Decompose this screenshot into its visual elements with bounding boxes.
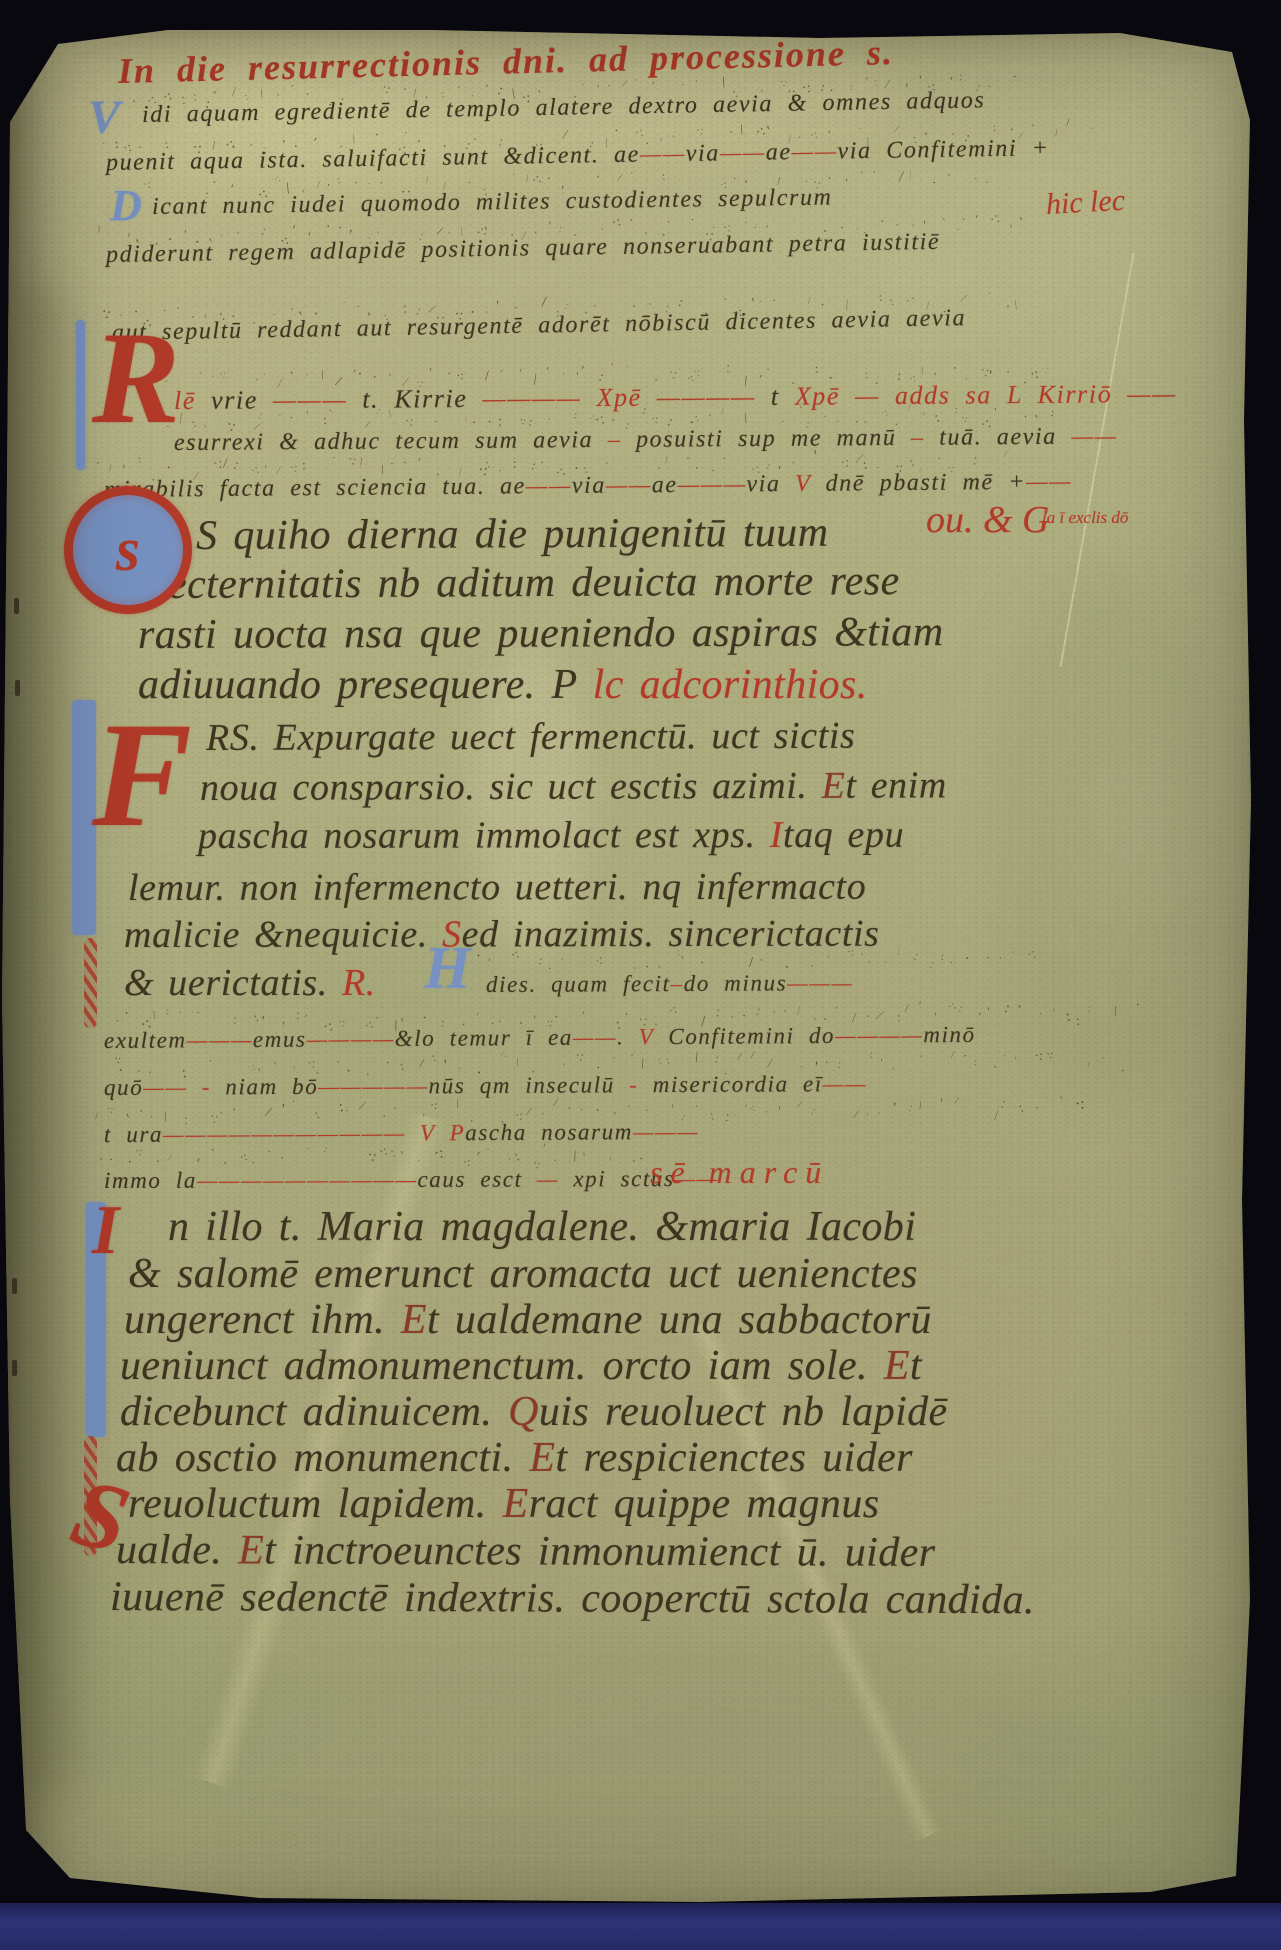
neume-mark: . bbox=[377, 1105, 388, 1121]
text-line: esurrexi & adhuc tecum sum aevia – posui… bbox=[174, 423, 1117, 457]
neume-mark: . bbox=[741, 1004, 747, 1020]
neume-mark: / bbox=[737, 122, 747, 138]
neume-mark: / bbox=[951, 1050, 955, 1062]
neume-mark: · bbox=[1090, 124, 1094, 135]
neume-mark: ' bbox=[649, 79, 655, 94]
neume-mark: / bbox=[796, 1098, 803, 1110]
neume-mark: / bbox=[166, 1152, 172, 1163]
neume-mark: · bbox=[1046, 363, 1050, 375]
neume-mark: / bbox=[741, 411, 751, 426]
neume-mark: · bbox=[1010, 69, 1019, 85]
neume-mark: : bbox=[430, 1050, 439, 1065]
text-segment: emus bbox=[253, 1027, 307, 1052]
text-line: ualde. Et inctroeunctes inmonumienct ū. … bbox=[116, 1526, 936, 1577]
neume-mark: · bbox=[957, 211, 969, 228]
manuscript-photo: In die resurrectionis dni. ad procession… bbox=[0, 0, 1281, 1950]
neume-mark: : bbox=[941, 951, 945, 963]
neume-mark: . bbox=[623, 1004, 631, 1019]
neume-mark: ·: bbox=[1044, 1047, 1054, 1061]
neume-mark: ' bbox=[272, 1059, 280, 1074]
neume-mark: ' bbox=[581, 1009, 584, 1022]
neume-mark: : bbox=[993, 122, 997, 134]
text-line: ueniunct admonumenctum. orcto iam sole. … bbox=[120, 1342, 922, 1390]
neume-mark: ·: bbox=[212, 455, 222, 473]
text-segment: reuoluctum lapidem. bbox=[128, 1481, 503, 1527]
neume-mark: · bbox=[744, 1098, 750, 1113]
neume-mark: ' bbox=[580, 363, 584, 380]
neume-mark: ' bbox=[892, 1100, 896, 1117]
neume-mark: / bbox=[524, 173, 529, 184]
text-line: t ura——————————— V Pascha nosarum——— bbox=[104, 1119, 699, 1148]
neume-mark: · bbox=[415, 1156, 421, 1168]
neume-mark: : bbox=[165, 1006, 170, 1017]
neume-mark: ' bbox=[940, 1096, 943, 1113]
text-segment: ———— bbox=[482, 383, 596, 413]
neume-mark: · bbox=[610, 1051, 617, 1066]
neume-mark: ' bbox=[302, 1013, 308, 1024]
neume-mark: · bbox=[208, 1056, 213, 1067]
text-segment: ecternitatis nb aditum deuicta morte res… bbox=[168, 558, 900, 608]
neume-mark: · bbox=[553, 1009, 560, 1025]
neume-mark: · bbox=[511, 169, 517, 181]
neume-mark: : bbox=[260, 223, 269, 239]
neume-mark: ·: bbox=[665, 1002, 679, 1019]
text-segment: t respicienctes uider bbox=[555, 1435, 912, 1481]
neume-mark: · bbox=[368, 179, 371, 190]
neume-mark: ·: bbox=[106, 1104, 114, 1116]
text-segment: —— bbox=[720, 140, 766, 167]
neume-mark: . bbox=[752, 219, 760, 231]
neume-mark: · bbox=[276, 1150, 287, 1168]
initial-D-dicant: D bbox=[110, 184, 142, 228]
neume-mark: : bbox=[512, 1148, 523, 1165]
neume-mark: / bbox=[485, 368, 489, 385]
neume-mark: / bbox=[95, 1110, 100, 1123]
neume-mark: · bbox=[354, 302, 361, 313]
neume-mark: · bbox=[431, 415, 441, 428]
text-segment: exultem bbox=[104, 1027, 187, 1053]
neume-mark: : bbox=[814, 361, 820, 376]
text-segment: E bbox=[238, 1527, 264, 1573]
neume-mark: / bbox=[263, 1104, 274, 1122]
text-line: ungerenct ihm. Et ualdemane una sabbacto… bbox=[124, 1296, 932, 1344]
neume-mark: · bbox=[212, 175, 218, 192]
neume-mark: . bbox=[805, 173, 808, 185]
neume-mark: ' bbox=[844, 177, 848, 189]
text-segment: ————— bbox=[318, 1073, 428, 1099]
text-segment: posuisti sup me manū bbox=[636, 425, 897, 453]
text-line: malicie &nequicie. Sed inazimis. sinceri… bbox=[124, 912, 880, 957]
text-segment: Xpē — bbox=[795, 381, 895, 411]
neume-mark: ' bbox=[488, 955, 492, 970]
text-segment: malicie &nequicie. bbox=[124, 913, 442, 956]
text-segment: caus esct bbox=[417, 1167, 522, 1192]
neume-mark: · bbox=[625, 362, 629, 373]
neume-mark: · bbox=[630, 168, 634, 179]
neume-mark: : bbox=[676, 295, 684, 310]
neume-mark: · bbox=[835, 1003, 839, 1015]
neume-mark: ' bbox=[1013, 1002, 1023, 1017]
initial-ring-ornament: s bbox=[116, 519, 140, 581]
neume-mark: : bbox=[483, 457, 491, 472]
text-segment: I bbox=[770, 814, 783, 856]
neume-mark: · bbox=[972, 173, 978, 186]
neume-mark: : bbox=[251, 1010, 262, 1026]
neume-mark: · bbox=[231, 1102, 237, 1118]
initial-F-fratres: F bbox=[92, 700, 192, 850]
neume-mark: / bbox=[750, 1049, 755, 1061]
neume-mark: : bbox=[664, 1055, 671, 1067]
neume-mark: ' bbox=[973, 211, 979, 227]
neume-mark: / bbox=[359, 457, 363, 468]
neume-mark: . bbox=[592, 297, 598, 309]
neume-mark: : bbox=[251, 1061, 256, 1072]
rubric-secundum-marcum: sē marcū bbox=[650, 1154, 829, 1191]
neume-mark: / bbox=[357, 1098, 367, 1115]
neume-mark: ·: bbox=[987, 209, 1003, 229]
neume-mark: ·: bbox=[959, 413, 968, 425]
neume-mark: ' bbox=[976, 1009, 982, 1024]
neume-mark: / bbox=[639, 1056, 647, 1073]
text-segment: via bbox=[837, 138, 872, 165]
neume-mark: · bbox=[823, 410, 827, 425]
neume-mark: : bbox=[1016, 1100, 1026, 1116]
neume-mark: / bbox=[894, 124, 900, 135]
neume-mark: . bbox=[574, 456, 580, 474]
neume-mark: : bbox=[725, 360, 730, 377]
text-segment: taq epu bbox=[783, 814, 904, 856]
neume-mark: . bbox=[766, 218, 769, 229]
text-segment: via bbox=[686, 140, 721, 167]
neume-mark: · bbox=[326, 220, 331, 236]
neume-mark: · bbox=[390, 1101, 400, 1116]
text-segment: t ura bbox=[104, 1122, 163, 1147]
neume-mark: . bbox=[302, 366, 309, 378]
text-segment: vrie bbox=[211, 385, 273, 414]
neume-mark: . bbox=[594, 1099, 604, 1116]
neume-mark: . bbox=[813, 1009, 819, 1024]
text-segment: n illo t. Maria magdalene. &maria Iacobi bbox=[168, 1204, 916, 1250]
text-segment: —— bbox=[1026, 469, 1072, 495]
neume-mark: / bbox=[908, 170, 914, 181]
note-hic-lec: hic lec bbox=[1045, 184, 1126, 222]
neume-mark: ' bbox=[881, 1057, 883, 1068]
text-segment: t bbox=[910, 1343, 922, 1389]
neume-mark: · bbox=[463, 415, 469, 426]
neume-mark: / bbox=[1054, 128, 1059, 139]
text-segment: — bbox=[522, 1166, 573, 1191]
neume-mark: · bbox=[390, 457, 395, 472]
text-segment: —— bbox=[791, 139, 837, 166]
neume-mark: · bbox=[986, 288, 994, 299]
neume-mark: · bbox=[1134, 998, 1142, 1012]
neume-mark: · bbox=[992, 1060, 997, 1075]
neume-mark: ' bbox=[471, 1149, 481, 1167]
neume-mark: . bbox=[603, 452, 609, 467]
neume-mark: : bbox=[753, 1004, 761, 1020]
neume-mark: ' bbox=[860, 170, 865, 181]
text-segment: minō bbox=[923, 1022, 976, 1047]
neume-mark: · bbox=[929, 174, 938, 191]
text-segment: V bbox=[639, 1024, 669, 1049]
neume-mark: · bbox=[766, 362, 771, 378]
neume-mark: · bbox=[666, 216, 673, 229]
text-segment: V bbox=[406, 1120, 450, 1145]
text-segment: Confitemini + bbox=[871, 135, 1049, 164]
neume-mark: · bbox=[731, 173, 739, 185]
neume-mark: ·: bbox=[289, 460, 299, 476]
text-segment: t bbox=[771, 382, 795, 411]
neume-mark: ' bbox=[426, 365, 433, 382]
neume-mark: ' bbox=[288, 223, 297, 240]
initial-letter: H bbox=[424, 938, 471, 998]
text-segment: nūs qm inseculū bbox=[429, 1072, 615, 1098]
neume-mark: · bbox=[880, 214, 886, 231]
neume-mark: · bbox=[195, 1005, 201, 1021]
neume-mark: · bbox=[610, 123, 622, 139]
text-segment: t. Kirrie bbox=[362, 384, 482, 414]
neume-mark: · bbox=[690, 215, 695, 226]
neume-mark: ' bbox=[179, 1009, 182, 1022]
text-segment: puenit aqua ista. saluifacti sunt &dicen… bbox=[106, 142, 640, 176]
neume-mark: / bbox=[920, 365, 926, 376]
text-line: idi aquam egredientē de templo alatere d… bbox=[142, 87, 986, 129]
text-line: n illo t. Maria magdalene. &maria Iacobi bbox=[168, 1203, 916, 1251]
text-segment: misericordia eī bbox=[653, 1071, 823, 1097]
neume-mark: · bbox=[565, 1101, 574, 1116]
text-line: puenit aqua ista. saluifacti sunt &dicen… bbox=[106, 135, 1050, 177]
neume-mark: · bbox=[540, 458, 544, 470]
text-segment: Confitemini do bbox=[668, 1023, 835, 1049]
manuscript-text: In die resurrectionis dni. ad procession… bbox=[0, 0, 1281, 1950]
neume-mark: · bbox=[335, 1056, 341, 1068]
text-segment: —— bbox=[1057, 423, 1118, 449]
neume-mark: ' bbox=[777, 1104, 781, 1121]
neume-mark: : bbox=[837, 1057, 842, 1070]
neume-mark: ' bbox=[289, 368, 297, 382]
text-line: aut sepultū reddant aut resurgentē adorē… bbox=[112, 305, 967, 347]
text-line: noua consparsio. sic uct esctis azimi. E… bbox=[200, 763, 947, 810]
neume-mark: · bbox=[355, 365, 364, 384]
neume-mark: . bbox=[497, 1013, 503, 1025]
text-segment: pascha nosarum immolact est xps. bbox=[198, 814, 770, 857]
neume-mark: : bbox=[906, 455, 916, 470]
text-segment: E bbox=[401, 1297, 427, 1343]
neume-mark: / bbox=[664, 455, 669, 466]
neume-mark: · bbox=[642, 1102, 653, 1119]
text-segment: S quiho dierna die punigenitū tuum bbox=[196, 510, 829, 559]
text-segment: ——— bbox=[187, 1027, 253, 1052]
neume-mark: : bbox=[910, 948, 921, 965]
neume-mark: ·: bbox=[753, 122, 768, 141]
text-segment: ab osctio monumencti. bbox=[116, 1435, 529, 1481]
neume-mark: : bbox=[972, 451, 979, 469]
neume-mark: · bbox=[121, 1006, 133, 1022]
neume-mark: : bbox=[657, 1054, 663, 1067]
text-line: ecternitatis nb aditum deuicta morte res… bbox=[168, 557, 900, 609]
neume-mark: : bbox=[189, 416, 199, 431]
text-line: immo la——————————caus esct — xpi sctus—— bbox=[104, 1166, 719, 1194]
neume-mark: / bbox=[541, 295, 547, 312]
text-segment: &lo temur ī ea bbox=[395, 1025, 573, 1051]
neume-mark: ' bbox=[919, 73, 924, 88]
neume-mark: / bbox=[524, 1104, 532, 1119]
neume-mark: · bbox=[1004, 364, 1013, 381]
neume-mark: . bbox=[236, 221, 242, 237]
neume-mark: ' bbox=[765, 123, 775, 139]
neume-mark: · bbox=[388, 370, 393, 382]
neume-mark: · bbox=[719, 452, 729, 467]
neume-mark: · bbox=[956, 224, 961, 235]
neume-mark: : bbox=[999, 1095, 1007, 1112]
neume-mark: · bbox=[261, 369, 269, 380]
neume-mark: · bbox=[646, 298, 654, 311]
text-segment: ungerenct ihm. bbox=[124, 1297, 401, 1343]
neume-mark: / bbox=[904, 1000, 910, 1015]
neume-mark: ·: bbox=[840, 454, 849, 471]
neume-mark: ' bbox=[986, 1004, 990, 1019]
neume-mark: / bbox=[953, 1095, 960, 1107]
text-segment: ——————————— bbox=[163, 1120, 406, 1146]
neume-mark: / bbox=[570, 1149, 579, 1168]
neume-mark: . bbox=[866, 1106, 870, 1118]
text-segment: —— bbox=[573, 1024, 617, 1049]
neume-mark: / bbox=[807, 296, 811, 307]
text-segment: ——— bbox=[678, 471, 747, 498]
neume-mark: · bbox=[218, 1105, 225, 1121]
text-segment: adds sa L Kirriō —— bbox=[895, 379, 1177, 410]
text-segment: t inctroeunctes inmonumienct ū. uider bbox=[264, 1528, 935, 1576]
neume-mark: ·: bbox=[456, 369, 463, 382]
text-segment: E bbox=[884, 1343, 910, 1389]
neume-mark: · bbox=[683, 451, 693, 469]
text-segment: —— bbox=[606, 472, 652, 498]
neume-mark: . bbox=[371, 366, 381, 383]
neume-mark: . bbox=[1101, 1049, 1107, 1061]
neume-mark: . bbox=[161, 456, 173, 474]
neume-mark: ·: bbox=[650, 413, 659, 427]
neume-mark: / bbox=[223, 457, 228, 473]
text-line: iuuenē sedenctē indextris. cooperctū sct… bbox=[110, 1573, 1035, 1624]
neume-mark: ·: bbox=[364, 1146, 379, 1165]
neume-mark: : bbox=[973, 1057, 977, 1068]
text-segment: uis reuoluect nb lapidē bbox=[539, 1389, 948, 1435]
neume-mark: · bbox=[1012, 947, 1017, 959]
neume-mark: : bbox=[231, 457, 242, 474]
text-segment: ed inazimis. sincerictactis bbox=[462, 913, 880, 956]
neume-mark: · bbox=[937, 451, 942, 467]
neume-mark: : bbox=[530, 458, 538, 473]
initial-letter: D bbox=[110, 184, 142, 228]
text-segment: immo la bbox=[104, 1168, 197, 1193]
neume-mark: ·: bbox=[633, 124, 645, 142]
neume-mark: : bbox=[302, 458, 307, 474]
neume-mark: : bbox=[869, 1049, 872, 1061]
neume-mark: · bbox=[545, 171, 554, 186]
neume-mark: ' bbox=[1008, 222, 1013, 239]
neume-mark: · bbox=[917, 1051, 925, 1062]
text-segment: rasti uocta nsa que pueniendo aspiras &t… bbox=[138, 609, 944, 658]
neume-mark: / bbox=[736, 1049, 743, 1064]
neume-mark: / bbox=[918, 1102, 924, 1113]
text-segment: – bbox=[896, 425, 939, 451]
text-segment: pdiderunt regem adlapidē positionis quar… bbox=[106, 229, 941, 268]
neume-mark: : bbox=[809, 1105, 817, 1117]
text-segment: V bbox=[795, 471, 826, 497]
text-segment: ract quippe magnus bbox=[529, 1481, 880, 1527]
neume-mark: ' bbox=[922, 411, 928, 423]
neume-mark: · bbox=[137, 1103, 144, 1120]
neume-mark: . bbox=[894, 214, 903, 230]
text-segment: - bbox=[615, 1072, 653, 1097]
initial-R-resurrexi: R bbox=[92, 312, 180, 444]
text-segment: E bbox=[822, 765, 846, 807]
neume-mark: . bbox=[998, 949, 1006, 961]
text-line: adiuuando presequere. P lc adcorinthios. bbox=[138, 661, 868, 709]
neume-mark: : bbox=[692, 411, 701, 426]
neume-mark: · bbox=[780, 1004, 789, 1018]
neume-mark: · bbox=[341, 298, 347, 309]
neume-mark: : bbox=[1086, 1003, 1091, 1015]
neume-mark: · bbox=[196, 367, 205, 380]
neume-mark: ·: bbox=[665, 364, 680, 383]
neume-mark: · bbox=[723, 292, 728, 309]
neume-mark: / bbox=[151, 1009, 159, 1021]
neume-mark: . bbox=[872, 164, 879, 176]
neume-mark: ·: bbox=[748, 1103, 757, 1115]
neume-mark: · bbox=[353, 175, 359, 191]
initial-letter: I bbox=[92, 1196, 119, 1266]
neume-mark: ' bbox=[1019, 214, 1027, 230]
text-line: & uerictatis. R. bbox=[124, 961, 376, 1005]
neume-mark: ·: bbox=[1075, 1095, 1085, 1113]
neume-mark: ' bbox=[581, 1149, 589, 1165]
neume-mark: : bbox=[137, 454, 143, 466]
neume-mark: ·: bbox=[609, 214, 622, 233]
text-line: pascha nosarum immolact est xps. Itaq ep… bbox=[198, 813, 904, 858]
neume-mark: / bbox=[108, 463, 112, 474]
neume-mark: · bbox=[421, 1010, 428, 1027]
neume-mark: / bbox=[349, 131, 359, 147]
neume-mark: · bbox=[93, 455, 104, 471]
text-segment: ualde. bbox=[116, 1527, 238, 1573]
neume-mark: / bbox=[96, 224, 102, 235]
neume-mark: · bbox=[539, 1108, 547, 1121]
neume-mark: · bbox=[939, 211, 949, 226]
neume-mark: : bbox=[336, 174, 342, 186]
text-segment: via bbox=[572, 473, 606, 499]
neume-mark: / bbox=[425, 175, 430, 186]
text-line: dicebunct adinuicem. Quis reuoluect nb l… bbox=[120, 1388, 948, 1436]
text-segment: . bbox=[617, 1024, 639, 1049]
text-line: lemur. non infermencto uetteri. nq infer… bbox=[128, 865, 866, 910]
binding-stitch bbox=[14, 598, 19, 614]
text-line: rasti uocta nsa que pueniendo aspiras &t… bbox=[138, 608, 944, 659]
text-line: & salomē emerunct aromacta uct ueniencte… bbox=[128, 1250, 918, 1298]
initial-bar bbox=[76, 320, 85, 470]
neume-mark: . bbox=[890, 1057, 898, 1073]
text-segment: esurrexi & adhuc tecum sum aevia bbox=[174, 427, 593, 456]
neume-mark: ' bbox=[415, 455, 422, 472]
text-line: pdiderunt regem adlapidē positionis quar… bbox=[106, 229, 941, 269]
text-line: dies. quam fecit–do minus——— bbox=[486, 970, 854, 998]
text-line: ab osctio monumencti. Et respicienctes u… bbox=[116, 1434, 913, 1482]
neume-mark: ' bbox=[769, 1007, 777, 1022]
neume-mark: / bbox=[259, 89, 265, 100]
neume-mark: . bbox=[911, 288, 917, 303]
text-line: lē vrie ——— t. Kirrie ———— Xpē ———— t Xp… bbox=[174, 379, 1177, 416]
text-segment: noua consparsio. sic uct esctis azimi. bbox=[200, 765, 822, 809]
